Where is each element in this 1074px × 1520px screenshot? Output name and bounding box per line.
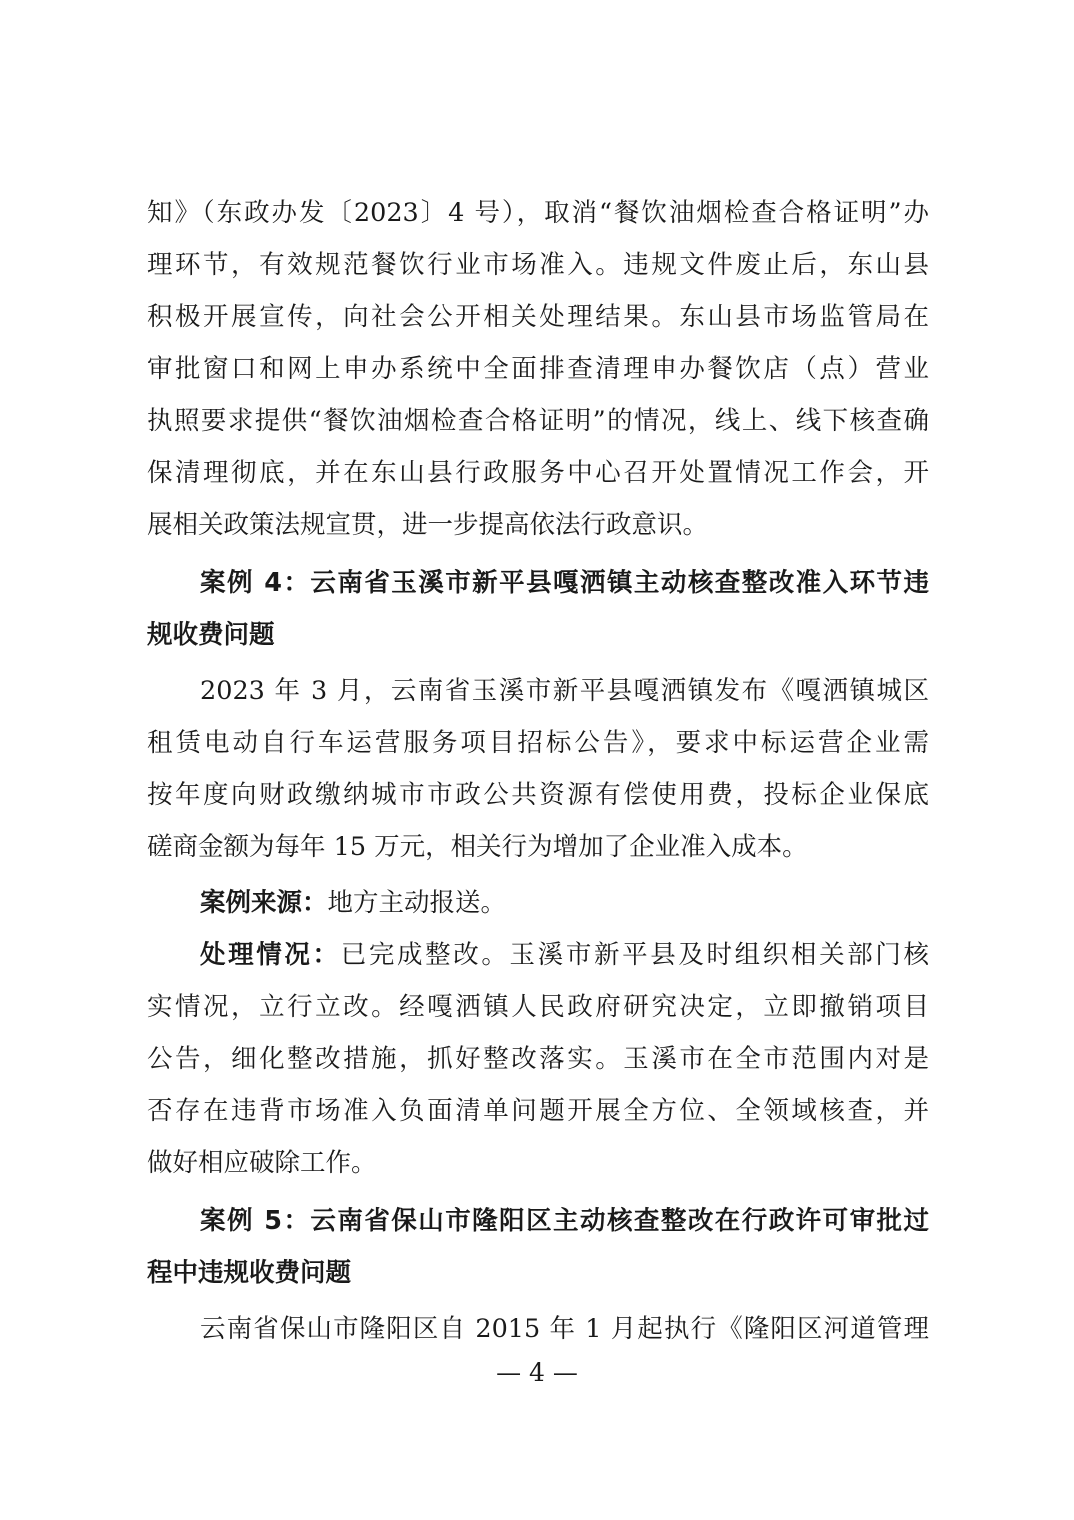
body-line: 知》（东政办发〔2023〕4 号），取消“餐饮油烟检查合格证明”办 (147, 193, 929, 233)
case4-body-line: 2023 年 3 月，云南省玉溪市新平县嘎洒镇发布《嘎洒镇城区 (200, 671, 929, 711)
case5-body-line: 云南省保山市隆阳区自 2015 年 1 月起执行《隆阳区河道管理 (200, 1309, 929, 1349)
case4-handling-line: 实情况，立行立改。经嘎洒镇人民政府研究决定，立即撤销项目 (147, 987, 929, 1027)
case5-heading-cont: 程中违规收费问题 (147, 1253, 929, 1293)
page-number: — 4 — (0, 1355, 1074, 1391)
case4-body-line: 租赁电动自行车运营服务项目招标公告》，要求中标运营企业需 (147, 723, 929, 763)
body-line: 积极开展宣传，向社会公开相关处理结果。东山县市场监管局在 (147, 297, 929, 337)
source-label: 案例来源： (200, 888, 328, 918)
case4-body-line: 磋商金额为每年 15 万元，相关行为增加了企业准入成本。 (147, 827, 929, 867)
handling-text: 已完成整改。玉溪市新平县及时组织相关部门核 (341, 940, 929, 970)
case4-heading: 案例 4：云南省玉溪市新平县嘎洒镇主动核查整改准入环节违 (200, 563, 929, 603)
case4-source: 案例来源：地方主动报送。 (200, 883, 929, 923)
document-page: 知》（东政办发〔2023〕4 号），取消“餐饮油烟检查合格证明”办 理环节，有效… (0, 0, 1074, 1520)
case4-handling-line: 否存在违背市场准入负面清单问题开展全方位、全领域核查，并 (147, 1091, 929, 1131)
body-line: 执照要求提供“餐饮油烟检查合格证明”的情况，线上、线下核查确 (147, 401, 929, 441)
case4-heading-cont: 规收费问题 (147, 615, 929, 655)
case4-handling-line: 做好相应破除工作。 (147, 1143, 929, 1183)
handling-label: 处理情况： (200, 940, 341, 970)
body-line: 保清理彻底，并在东山县行政服务中心召开处置情况工作会，开 (147, 453, 929, 493)
case4-handling: 处理情况：已完成整改。玉溪市新平县及时组织相关部门核 (200, 935, 929, 975)
source-text: 地方主动报送。 (328, 888, 507, 918)
body-line: 审批窗口和网上申办系统中全面排查清理申办餐饮店（点）营业 (147, 349, 929, 389)
body-line: 理环节，有效规范餐饮行业市场准入。违规文件废止后，东山县 (147, 245, 929, 285)
case4-body-line: 按年度向财政缴纳城市市政公共资源有偿使用费，投标企业保底 (147, 775, 929, 815)
case5-heading: 案例 5：云南省保山市隆阳区主动核查整改在行政许可审批过 (200, 1201, 929, 1241)
case4-handling-line: 公告，细化整改措施，抓好整改落实。玉溪市在全市范围内对是 (147, 1039, 929, 1079)
body-line: 展相关政策法规宣贯，进一步提高依法行政意识。 (147, 505, 929, 545)
